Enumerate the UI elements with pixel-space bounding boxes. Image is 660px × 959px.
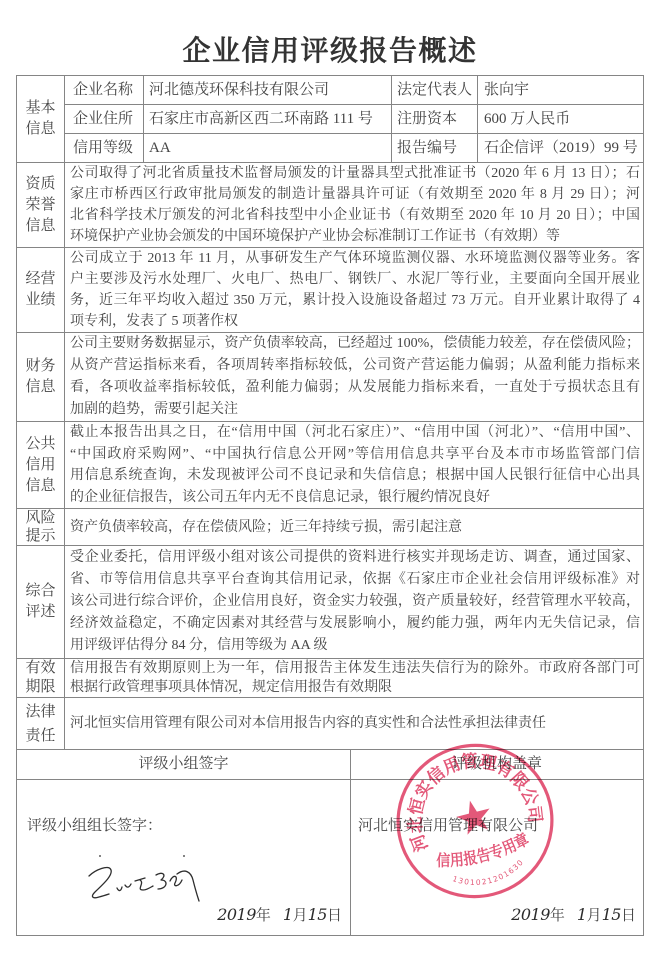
section-row-financial-info: 财务信息 公司主要财务数据显示，资产负债率较高，已经超过 100%，偿债能力较差… [17,333,644,422]
date-year-unit: 年 [550,908,565,924]
text-line: 河北恒实信用管理有限公司对本信用报告内容的真实性和合法性承担法律责任 [70,713,640,734]
text-line: 信用报告有效期原则上为一年，信用报告主体发生违法失信行为的除外。市政府各部门可 [70,659,640,678]
rating-team-signature-header: 评级小组签字 [17,750,351,779]
text-line: “中国政府采购网”、“中国执行信息公开网”等信用信息共享平台及本市市场监管部门信 [70,444,640,466]
signature-table: 评级小组签字 评级机构盖章 评级小组组长签字： [16,750,644,936]
field-label-legal-representative: 法定代表人 [392,76,478,105]
signature-header-row: 评级小组签字 评级机构盖章 [17,750,644,779]
section-row-validity-period: 有效期限 信用报告有效期原则上为一年，信用报告主体发生违法失信行为的除外。市政府… [17,659,644,698]
text-line: 根据行政管理事项具体情况，规定信用报告有效期限 [70,678,640,697]
date-day: 15 [308,905,327,924]
date-month: 1 [283,905,293,924]
text-line: 项专利，发表了 5 项著作权 [70,311,640,332]
section-label-line: 业绩 [17,290,64,311]
text-line: 看，各项收益率指标较低，盈利能力偏弱；从发展能力指标来看，一直处于亏损状态且有 [70,377,640,399]
date-day: 15 [602,905,621,924]
section-label-risk-warning: 风险提示 [17,509,65,546]
date-year: 2019 [511,905,550,924]
section-text-validity-period: 信用报告有效期原则上为一年，信用报告主体发生违法失信行为的除外。市政府各部门可根… [65,659,644,698]
section-label-line: 资质 [17,174,64,195]
basic-info-row-2: 企业住所 石家庄市高新区西二环南路 111 号 注册资本 600 万人民币 [17,105,644,134]
section-label-line: 经营 [17,269,64,290]
report-table: 基本信息 企业名称 河北德茂环保科技有限公司 法定代表人 张向宇 企业住所 石家… [16,75,644,750]
text-line: 从资产营运指标来看，各项周转率指标较低，公司资产营运能力偏弱；从盈利能力指标来 [70,355,640,377]
section-label-line: 责任 [17,724,64,748]
text-line: 公司取得了河北省质量技术监督局颁发的计量器具型式批准证书（2020 年 6 月 … [70,163,640,184]
signature-dot [183,855,185,857]
text-line: 家庄市桥西区行政审批局颁发的制造计量器具许可证（有效期至 2020 年 8 月 … [70,184,640,205]
section-label-line: 财务 [17,356,64,377]
text-line: 用信息系统查询，未发现被评公司不良记录和失信信息；根据中国人民银行征信中心出具 [70,465,640,487]
section-row-overall-assessment: 综合评述 受企业委托，信用评级小组对该公司提供的资料进行核实并现场走访、调查，通… [17,546,644,659]
section-label-line: 评述 [17,602,64,623]
field-label-registered-capital: 注册资本 [392,105,478,134]
date-year: 2019 [217,905,256,924]
field-value-company-address: 石家庄市高新区西二环南路 111 号 [144,105,392,134]
field-value-credit-grade: AA [144,134,392,163]
section-label-business-performance: 经营业绩 [17,248,65,333]
section-label-overall-assessment: 综合评述 [17,546,65,659]
section-label-line: 荣誉 [17,195,64,216]
section-label-public-credit-info: 公共信用信息 [17,422,65,509]
rating-team-signature-cell: 评级小组组长签字： 2019年1月15日 [17,779,351,935]
signature-stroke [117,887,122,891]
section-label-line: 有效 [17,659,64,678]
rating-agency-seal-header: 评级机构盖章 [351,750,644,779]
section-row-public-credit-info: 公共信用信息 截止本报告出具之日，在“信用中国（河北石家庄）”、“信用中国（河北… [17,422,644,509]
section-label-line: 法律 [17,700,64,724]
section-label-qualifications: 资质荣誉信息 [17,163,65,248]
date-month: 1 [577,905,587,924]
field-value-registered-capital: 600 万人民币 [478,105,644,134]
section-label-basic-info: 基本信息 [17,76,65,163]
field-label-report-number: 报告编号 [392,134,478,163]
text-line: 的企业征信报告，该公司五年内无不良信息记录，银行履约情况良好 [70,487,640,509]
text-line: 截止本报告出具之日，在“信用中国（河北石家庄）”、“信用中国（河北）”、“信用中… [70,422,640,444]
date-day-unit: 日 [327,908,342,924]
section-row-legal-liability: 法律责任 河北恒实信用管理有限公司对本信用报告内容的真实性和合法性承担法律责任 [17,698,644,750]
text-line: 北省科学技术厅颁发的河北省科技型中小企业证书（有效期至 2020 年 10 月 … [70,205,640,226]
text-line: 公司主要财务数据显示，资产负债率较高，已经超过 100%，偿债能力较差，存在偿债… [70,333,640,355]
section-text-legal-liability: 河北恒实信用管理有限公司对本信用报告内容的真实性和合法性承担法律责任 [65,698,644,750]
text-line: 经济效益稳定，不确定因素对其经营与发展影响小，履约能力强，两年内无失信记录，信 [70,613,640,635]
section-label-legal-liability: 法律责任 [17,698,65,750]
section-row-risk-warning: 风险提示 资产负债率较高，存在偿债风险；近三年持续亏损，需引起注意 [17,509,644,546]
field-value-report-number: 石企信评（2019）99 号 [478,134,644,163]
section-label-line: 信用 [17,455,64,476]
section-label-line: 信息 [17,119,64,140]
rating-agency-name: 河北恒实信用管理有限公司 [358,816,538,836]
date-month-unit: 月 [587,908,602,924]
signature-stroke [89,867,111,897]
section-label-validity-period: 有效期限 [17,659,65,698]
handwritten-signature-icon [87,850,212,906]
signature-stroke [125,884,131,887]
field-value-legal-representative: 张向宇 [478,76,644,105]
date-year-unit: 年 [256,908,271,924]
basic-info-row-3: 信用等级 AA 报告编号 石企信评（2019）99 号 [17,134,644,163]
signature-body-row: 评级小组组长签字： 2019年1月15日 [17,779,644,935]
text-line: 公司成立于 2013 年 11 月，从事研发生产气体环境监测仪器、水环境监测仪器… [70,248,640,269]
field-label-company-name: 企业名称 [65,76,144,105]
section-text-overall-assessment: 受企业委托，信用评级小组对该公司提供的资料进行核实并现场走访、调查，通过国家、省… [65,546,644,659]
section-text-qualifications: 公司取得了河北省质量技术监督局颁发的计量器具型式批准证书（2020 年 6 月 … [65,163,644,248]
rating-team-sign-date: 2019年1月15日 [217,904,342,927]
section-text-risk-warning: 资产负债率较高，存在偿债风险；近三年持续亏损，需引起注意 [65,509,644,546]
text-line: 资产负债率较高，存在偿债风险；近三年持续亏损，需引起注意 [70,517,640,538]
field-value-company-name: 河北德茂环保科技有限公司 [144,76,392,105]
rating-agency-seal-date: 2019年1月15日 [511,904,636,927]
section-row-qualifications: 资质荣誉信息 公司取得了河北省质量技术监督局颁发的计量器具型式批准证书（2020… [17,163,644,248]
signature-stroke [177,871,199,901]
section-label-line: 信息 [17,216,64,237]
text-line: 用评级评估得分 84 分，信用等级为 AA 级 [70,635,640,657]
field-label-credit-grade: 信用等级 [65,134,144,163]
report-body: 基本信息 企业名称 河北德茂环保科技有限公司 法定代表人 张向宇 企业住所 石家… [16,75,643,936]
section-label-line: 信息 [17,476,64,497]
text-line: 环境保护产业协会颁发的中国环境保护产业协会标准制订工作证书（有效期）等 [70,226,640,247]
date-day-unit: 日 [621,908,636,924]
section-label-line: 提示 [17,527,64,545]
rating-agency-seal-cell: 河北恒实信用管理有限公司 2019年1月15日 [351,779,644,935]
text-line: 加剧的趋势，需要引起关注 [70,399,640,421]
field-label-company-address: 企业住所 [65,105,144,134]
team-leader-signature-label: 评级小组组长签字： [27,816,162,836]
text-line: 务，近三年平均收入超过 350 万元，累计投入设施设备超过 73 万元。自开业累… [70,290,640,311]
section-text-financial-info: 公司主要财务数据显示，资产负债率较高，已经超过 100%，偿债能力较差，存在偿债… [65,333,644,422]
section-label-line: 公共 [17,434,64,455]
basic-info-row-1: 基本信息 企业名称 河北德茂环保科技有限公司 法定代表人 张向宇 [17,76,644,105]
text-line: 户主要涉及污水处理厂、火电厂、热电厂、钢铁厂、水泥厂等行业，主要面向全国开展业 [70,269,640,290]
date-month-unit: 月 [293,908,308,924]
text-line: 受企业委托，信用评级小组对该公司提供的资料进行核实并现场走访、调查，通过国家、 [70,547,640,569]
signature-stroke [170,876,182,885]
section-label-line: 期限 [17,678,64,697]
section-label-line: 综合 [17,581,64,602]
signature-stroke [156,873,166,889]
section-text-business-performance: 公司成立于 2013 年 11 月，从事研发生产气体环境监测仪器、水环境监测仪器… [65,248,644,333]
signature-dot [99,855,101,857]
section-label-line: 信息 [17,377,64,398]
section-text-public-credit-info: 截止本报告出具之日，在“信用中国（河北石家庄）”、“信用中国（河北）”、“信用中… [65,422,644,509]
section-row-business-performance: 经营业绩 公司成立于 2013 年 11 月，从事研发生产气体环境监测仪器、水环… [17,248,644,333]
section-label-financial-info: 财务信息 [17,333,65,422]
section-label-line: 风险 [17,509,64,527]
text-line: 该公司进行综合评价，企业信用良好，资金实力较强，资产质量较好，经营管理水平较高， [70,591,640,613]
text-line: 省、市等信用信息共享平台查询其信用记录，依据《石家庄市企业社会信用评级标准》对 [70,569,640,591]
signature-stroke [135,878,153,890]
section-label-line: 基本 [17,98,64,119]
document-title: 企业信用评级报告概述 [0,33,660,71]
